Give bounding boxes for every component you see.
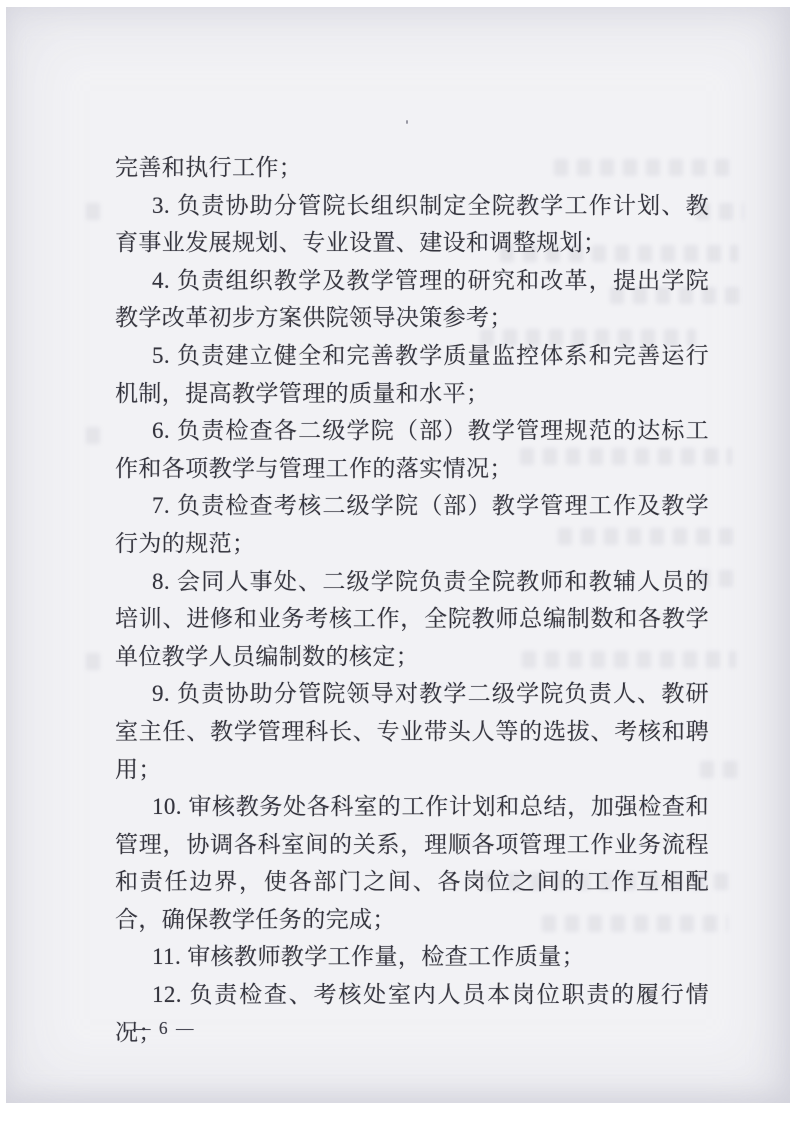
dust-speck (406, 120, 408, 124)
body-paragraph-item-3: 3. 负责协助分管院长组织制定全院教学工作计划、教育事业发展规划、专业设置、建设… (115, 187, 709, 262)
body-paragraph-item-8: 8. 会同人事处、二级学院负责全院教师和教辅人员的培训、进修和业务考核工作，全院… (115, 563, 709, 676)
bleedthrough-artifact (86, 653, 106, 670)
document-body: 完善和执行工作； 3. 负责协助分管院长组织制定全院教学工作计划、教育事业发展规… (115, 149, 709, 1051)
page-number: — 6 — (133, 1018, 196, 1039)
scanned-document-page: 完善和执行工作； 3. 负责协助分管院长组织制定全院教学工作计划、教育事业发展规… (0, 0, 794, 1122)
bleedthrough-artifact (86, 203, 106, 220)
body-paragraph-item-5: 5. 负责建立健全和完善教学质量监控体系和完善运行机制，提高教学管理的质量和水平… (115, 337, 709, 412)
paper-scan-area: 完善和执行工作； 3. 负责协助分管院长组织制定全院教学工作计划、教育事业发展规… (6, 7, 790, 1103)
body-paragraph-item-4: 4. 负责组织教学及教学管理的研究和改革，提出学院教学改革初步方案供院领导决策参… (115, 262, 709, 337)
body-paragraph-item-7: 7. 负责检查考核二级学院（部）教学管理工作及教学行为的规范； (115, 487, 709, 562)
bleedthrough-artifact (86, 427, 106, 444)
body-paragraph-item-6: 6. 负责检查各二级学院（部）教学管理规范的达标工作和各项教学与管理工作的落实情… (115, 412, 709, 487)
body-paragraph-item-9: 9. 负责协助分管院领导对教学二级学院负责人、教研室主任、教学管理科长、专业带头… (115, 675, 709, 788)
body-paragraph-item-12: 12. 负责检查、考核处室内人员本岗位职责的履行情况； (115, 976, 709, 1051)
body-paragraph-item-11: 11. 审核教师教学工作量，检查工作质量； (115, 938, 709, 976)
body-paragraph-item-10: 10. 审核教务处各科室的工作计划和总结，加强检查和管理，协调各科室间的关系，理… (115, 788, 709, 938)
body-paragraph-continuation: 完善和执行工作； (115, 149, 709, 187)
